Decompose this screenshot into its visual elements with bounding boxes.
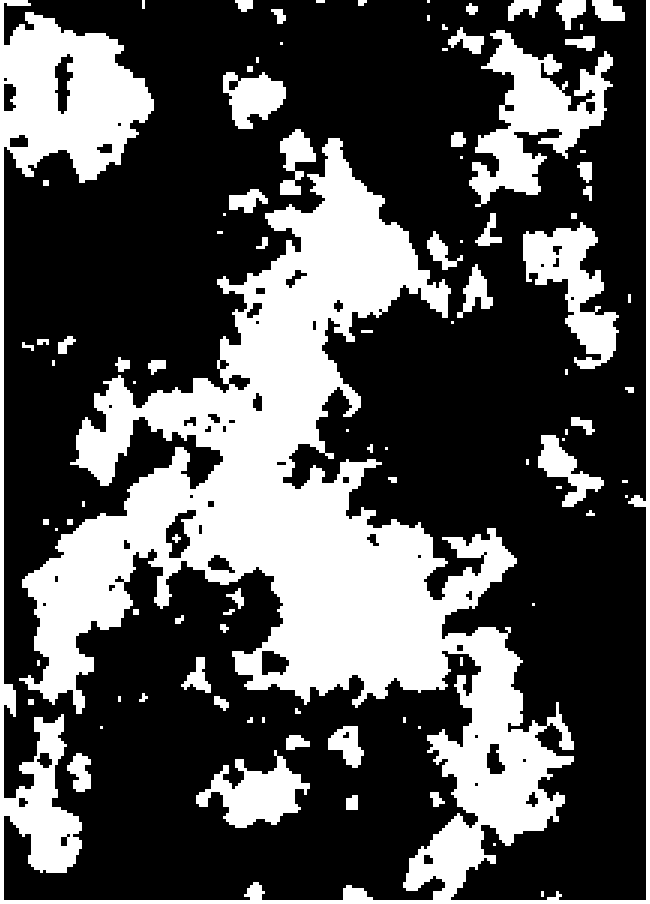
binarized-photo [4,0,646,900]
image-frame [0,0,650,904]
